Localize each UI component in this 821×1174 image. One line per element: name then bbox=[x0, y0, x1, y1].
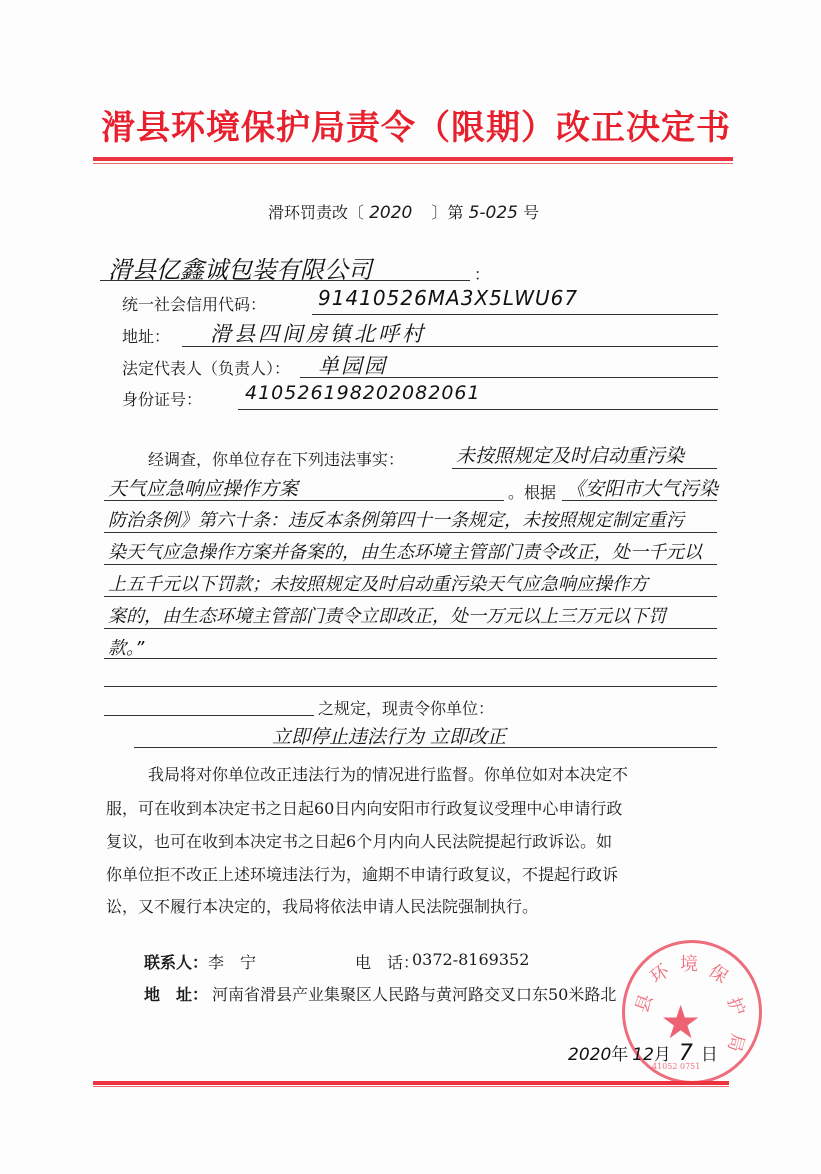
violation-line-2: 天气应急响应操作方案 bbox=[108, 474, 298, 501]
basis-line-3: 染天气应急操作方案并备案的，由生态环境主管部门责令改正，处一千元以 bbox=[108, 538, 702, 564]
blank-underline-8 bbox=[104, 715, 314, 716]
notice-line-1: 我局将对你单位改正违法行为的情况进行监督。你单位如对本决定不 bbox=[148, 762, 628, 785]
basis-underline-4 bbox=[104, 596, 717, 597]
contact-person-label: 联系人： bbox=[144, 950, 208, 973]
seal-char-3: 境 bbox=[680, 950, 698, 976]
contact-address-label: 地 址： bbox=[144, 982, 208, 1005]
doc-number-value: 5-025 bbox=[469, 203, 518, 223]
basis-underline-1 bbox=[562, 500, 717, 501]
footer-red-rule bbox=[93, 1081, 729, 1085]
date-day-unit: 日 bbox=[701, 1045, 718, 1065]
contact-address: 河南省滑县产业集聚区人民路与黄河路交叉口东50米路北 bbox=[212, 982, 616, 1005]
document-title: 滑县环境保护局责令（限期）改正决定书 bbox=[96, 100, 736, 149]
credit-code-value: 91410526MA3X5LWU67 bbox=[318, 286, 578, 310]
basis-underline-3 bbox=[104, 564, 717, 565]
date-month-unit: 月 bbox=[654, 1045, 671, 1065]
decision-document-page: 滑县环境保护局责令（限期）改正决定书 滑环罚责改〔 2020 〕第 5-025 … bbox=[0, 0, 821, 1174]
date-day: 7 bbox=[679, 1041, 693, 1066]
basis-line-4: 上五千元以下罚款；未按照规定及时启动重污染天气应急响应操作方 bbox=[108, 570, 648, 596]
id-label: 身份证号： bbox=[122, 387, 202, 410]
credit-code-underline bbox=[312, 314, 718, 315]
basis-line-2: 防治条例》第六十条：违反本条例第四十一条规定，未按照规定制定重污 bbox=[108, 506, 684, 532]
violation-underline-1 bbox=[452, 468, 717, 469]
doc-number-suffix: 号 bbox=[523, 203, 539, 222]
basis-line-6: 款。” bbox=[108, 634, 144, 660]
facts-intro: 经调查，你单位存在下列违法事实： bbox=[148, 447, 404, 470]
address-label: 地址： bbox=[122, 324, 170, 347]
contact-phone: 0372-8169352 bbox=[412, 950, 529, 969]
company-colon: ： bbox=[474, 262, 490, 285]
notice-line-2: 服，可在收到本决定书之日起60日内向安阳市行政复议受理中心申请行政 bbox=[106, 796, 622, 819]
legal-rep-underline bbox=[300, 377, 718, 378]
notice-line-3: 复议，也可在收到本决定书之日起6个月内向人民法院提起行政诉讼。如 bbox=[106, 829, 612, 852]
footer-red-rule-thin bbox=[93, 1086, 729, 1087]
basis-underline-5 bbox=[104, 628, 717, 629]
doc-number-middle: 〕第 bbox=[431, 203, 463, 222]
date-month: 12 bbox=[632, 1045, 654, 1065]
issue-date: 2020年12月7日 bbox=[568, 1040, 718, 1066]
legal-rep-value: 单园园 bbox=[318, 350, 387, 380]
id-underline bbox=[238, 409, 718, 410]
basis-underline-2 bbox=[104, 532, 717, 533]
order-value: 立即停止违法行为 立即改正 bbox=[272, 722, 506, 749]
doc-number-year: 2020 bbox=[369, 203, 412, 223]
basis-label: 。根据 bbox=[508, 480, 556, 503]
document-number: 滑环罚责改〔 2020 〕第 5-025 号 bbox=[268, 200, 539, 223]
basis-underline-6 bbox=[104, 658, 717, 659]
blank-underline-7 bbox=[104, 686, 717, 687]
title-red-rule-thin bbox=[93, 163, 733, 164]
contact-phone-label: 电 话： bbox=[355, 950, 419, 973]
credit-code-label: 统一社会信用代码： bbox=[122, 292, 266, 315]
date-year: 2020 bbox=[568, 1045, 611, 1065]
violation-line-1: 未按照规定及时启动重污染 bbox=[456, 441, 684, 468]
title-red-rule bbox=[93, 157, 733, 161]
notice-line-5: 讼，又不履行本决定的，我局将依法申请人民法院强制执行。 bbox=[106, 894, 538, 917]
company-underline bbox=[100, 280, 470, 281]
contact-person: 李 宁 bbox=[208, 950, 256, 973]
violation-underline-2 bbox=[104, 500, 504, 501]
id-value: 410526198202082061 bbox=[245, 382, 481, 404]
address-underline bbox=[182, 346, 718, 347]
order-underline bbox=[134, 747, 717, 748]
basis-line-1: 《安阳市大气污染 bbox=[566, 474, 718, 501]
date-year-unit: 年 bbox=[611, 1045, 628, 1065]
notice-line-4: 你单位拒不改正上述环境违法行为，逾期不申请行政复议，不提起行政诉 bbox=[106, 862, 618, 885]
address-value: 滑县四间房镇北呼村 bbox=[210, 318, 426, 348]
legal-rep-label: 法定代表人（负责人）： bbox=[122, 356, 290, 379]
basis-line-5: 案的，由生态环境主管部门责令立即改正，处一万元以上三万元以下罚 bbox=[108, 602, 666, 628]
doc-number-prefix: 滑环罚责改〔 bbox=[268, 203, 364, 222]
order-label: 之规定，现责令你单位： bbox=[318, 696, 494, 719]
